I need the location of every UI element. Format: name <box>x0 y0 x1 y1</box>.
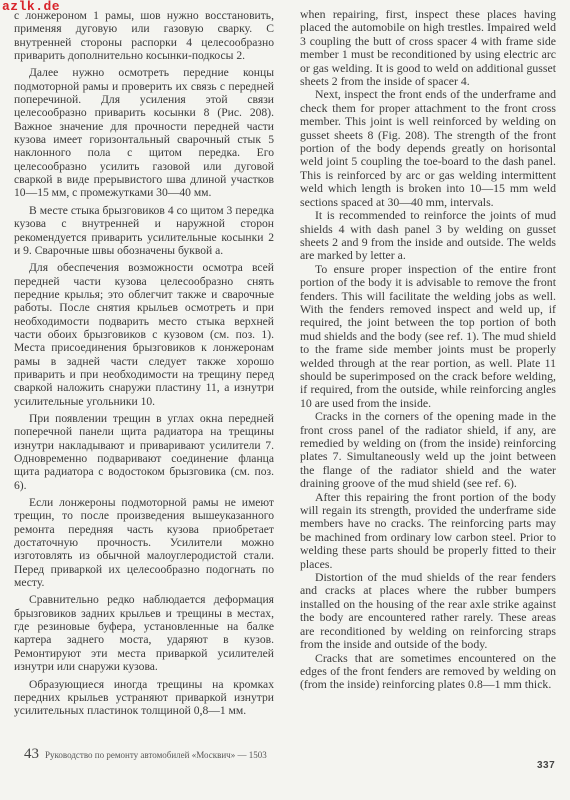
paragraph: Next, inspect the front ends of the unde… <box>300 88 556 209</box>
paragraph: Cracks in the corners of the opening mad… <box>300 410 556 490</box>
paragraph: Если лонжероны подмоторной рамы не имеют… <box>14 496 274 589</box>
paragraph: Образующиеся иногда трещины на кромках п… <box>14 678 274 718</box>
russian-text-column: с лонжероном 1 рамы, шов нужно восстанов… <box>14 9 274 722</box>
paragraph: Distortion of the mud shields of the rea… <box>300 571 556 651</box>
paragraph: To ensure proper inspection of the entir… <box>300 263 556 410</box>
paragraph: Для обеспечения возможности осмотра всей… <box>14 261 274 408</box>
english-text-column: when repairing, first, inspect these pla… <box>300 8 556 692</box>
paragraph: с лонжероном 1 рамы, шов нужно восстанов… <box>14 9 274 62</box>
paragraph: При появлении трещин в углах окна передн… <box>14 412 274 492</box>
paragraph: В месте стыка брызговиков 4 со щитом 3 п… <box>14 204 274 257</box>
paragraph: Далее нужно осмотреть передние концы под… <box>14 66 274 199</box>
paragraph: Сравнительно редко наблюдается деформаци… <box>14 593 274 673</box>
page-footer: 43 Руководство по ремонту автомобилей «М… <box>24 746 267 763</box>
paragraph: when repairing, first, inspect these pla… <box>300 8 556 88</box>
paragraph: It is recommended to reinforce the joint… <box>300 209 556 263</box>
watermark: azlk.de <box>2 0 60 14</box>
figure-number: 43 <box>24 746 39 763</box>
page-number: 337 <box>537 760 555 771</box>
book-title: Руководство по ремонту автомобилей «Моск… <box>45 750 267 760</box>
paragraph: Cracks that are sometimes encountered on… <box>300 652 556 692</box>
paragraph: After this repairing the front portion o… <box>300 491 556 571</box>
